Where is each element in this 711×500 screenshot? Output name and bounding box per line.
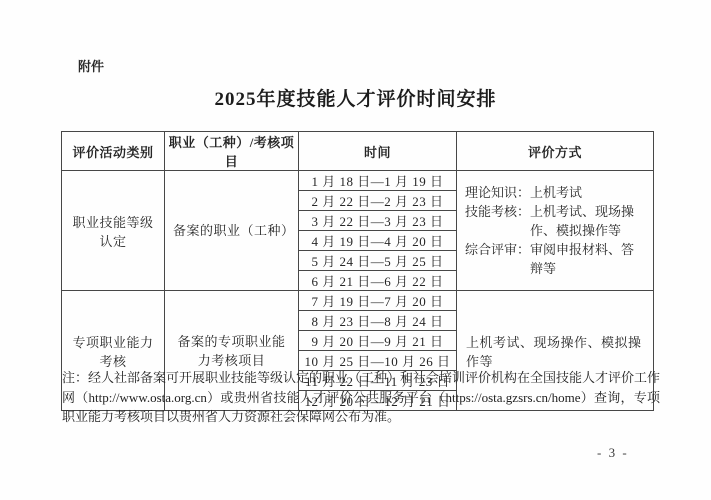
- time-cell: 4 月 19 日—4 月 20 日: [299, 231, 457, 251]
- page-number: - 3 -: [597, 445, 629, 461]
- method-label: 技能考核：: [465, 202, 530, 240]
- time-cell: 3 月 22 日—3 月 23 日: [299, 211, 457, 231]
- method-label: 综合评审：: [465, 240, 530, 278]
- time-cell: 9 月 20 日—9 月 21 日: [299, 331, 457, 351]
- method-value: 上机考试: [530, 183, 645, 202]
- table-header-row: 评价活动类别 职业（工种）/考核项目 时间 评价方式: [62, 132, 654, 171]
- time-cell: 7 月 19 日—7 月 20 日: [299, 291, 457, 311]
- attachment-label: 附件: [78, 56, 104, 75]
- method-value: 审阅申报材料、答辩等: [530, 240, 645, 278]
- table-row: 职业技能等级认定 备案的职业（工种） 1 月 18 日—1 月 19 日 理论知…: [62, 171, 654, 191]
- method-item: 综合评审： 审阅申报材料、答辩等: [465, 240, 645, 278]
- header-cell-category: 评价活动类别: [62, 132, 165, 171]
- header-cell-method: 评价方式: [457, 132, 654, 171]
- time-cell: 8 月 23 日—8 月 24 日: [299, 311, 457, 331]
- header-cell-time: 时间: [299, 132, 457, 171]
- time-cell: 2 月 22 日—2 月 23 日: [299, 191, 457, 211]
- document-page: 附件 2025年度技能人才评价时间安排 评价活动类别 职业（工种）/考核项目 时…: [0, 0, 711, 500]
- header-cell-project: 职业（工种）/考核项目: [165, 132, 299, 171]
- method-item: 理论知识： 上机考试: [465, 183, 645, 202]
- time-cell: 1 月 18 日—1 月 19 日: [299, 171, 457, 191]
- page-title: 2025年度技能人才评价时间安排: [0, 84, 711, 111]
- time-cell: 6 月 21 日—6 月 22 日: [299, 271, 457, 291]
- method-label: 理论知识：: [465, 183, 530, 202]
- method-item: 技能考核： 上机考试、现场操作、模拟操作等: [465, 202, 645, 240]
- table-row: 专项职业能力考核 备案的专项职业能力考核项目 7 月 19 日—7 月 20 日…: [62, 291, 654, 311]
- project-cell-skill-level: 备案的职业（工种）: [165, 171, 299, 291]
- methods-cell-skill-level: 理论知识： 上机考试 技能考核： 上机考试、现场操作、模拟操作等 综合评审： 审…: [457, 171, 654, 291]
- footnote: 注：经人社部备案可开展职业技能等级认定的职业（工种）和社会培训评价机构在全国技能…: [62, 368, 660, 427]
- method-value: 上机考试、现场操作、模拟操作等: [530, 202, 645, 240]
- category-cell-skill-level: 职业技能等级认定: [62, 171, 165, 291]
- time-cell: 5 月 24 日—5 月 25 日: [299, 251, 457, 271]
